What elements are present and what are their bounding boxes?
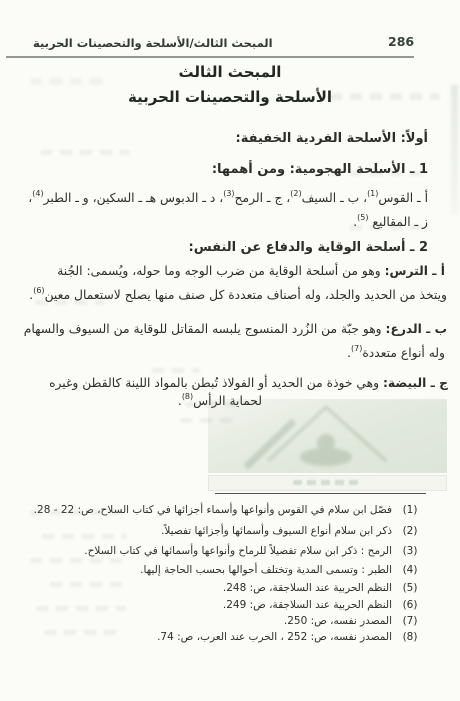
faded-figure-shapes <box>208 399 447 473</box>
bleed-through-artifact <box>40 150 130 155</box>
bleed-through-artifact <box>180 418 235 423</box>
faded-caption-text <box>293 480 363 485</box>
footnote-number: (2) <box>400 525 420 537</box>
faded-figure-image <box>208 399 447 473</box>
footnote-number: (8) <box>400 631 420 643</box>
scan-edge-smudge <box>451 85 458 215</box>
footnote-text: ذكر ابن سلام أنواع السيوف وأسمائها وأجزا… <box>161 525 392 537</box>
footnote-number: (4) <box>400 564 420 576</box>
footnote: (4) الطبر : وتسمى المدية وتختلف أحوالها … <box>140 564 420 576</box>
book-page: المبحث الثالث/الأسلحة والتحصينات الحربية… <box>0 0 460 701</box>
footnote-separator <box>215 493 426 494</box>
bleed-through-artifact <box>50 582 125 587</box>
footnote-text: الطبر : وتسمى المدية وتختلف أحوالها بحسب… <box>140 564 392 576</box>
footnote: (8) المصدر نفسه، ص: 252 ، الحرب عند العر… <box>157 631 420 643</box>
subsection-heading-offensive-weapons: 1 ـ الأسلحة الهجومية: ومن أهمها: <box>212 162 428 177</box>
footnote: (7) المصدر نفسه، ص: 250. <box>284 615 420 627</box>
bleed-through-artifact <box>30 78 110 85</box>
armor-paragraph-line: ب ـ الدرع: وهو جبّة من الزُرد المنسوج يل… <box>24 322 447 336</box>
footnote-number: (6) <box>400 599 420 611</box>
footnote-text: المصدر نفسه، ص: 252 ، الحرب عند العرب، ص… <box>157 631 392 643</box>
footnote: (5) النظم الحربية عند السلاجقة، ص: 248. <box>223 582 420 594</box>
footnote-number: (1) <box>400 504 420 516</box>
armor-paragraph-line: وله أنواع متعددة(7). <box>347 345 445 360</box>
footnote-text: النظم الحربية عند السلاجقة، ص: 248. <box>223 582 392 594</box>
helmet-paragraph-line: ج ـ البيضة: وهي خوذة من الحديد أو الفولا… <box>49 376 448 390</box>
footnote: (6) النظم الحربية عند السلاجقة، ص: 249. <box>223 599 420 611</box>
weapons-list-line: أ ـ القوس(1)، ب ـ السيف(2)، ج ـ الرمح(3)… <box>28 190 428 205</box>
header-rule <box>6 56 414 58</box>
footnote-number: (3) <box>400 545 420 557</box>
footnote-text: المصدر نفسه، ص: 250. <box>284 615 392 627</box>
footnote-number: (7) <box>400 615 420 627</box>
running-header-title: المبحث الثالث/الأسلحة والتحصينات الحربية <box>33 36 273 50</box>
bleed-through-artifact <box>330 93 440 100</box>
footnote: (2) ذكر ابن سلام أنواع السيوف وأسمائها و… <box>161 525 420 537</box>
weapons-list-line: ز ـ المقاليع (5). <box>353 214 428 229</box>
bleed-through-artifact <box>30 510 130 515</box>
bleed-through-artifact <box>36 606 126 611</box>
footnote-text: النظم الحربية عند السلاجقة، ص: 249. <box>223 599 392 611</box>
bleed-through-artifact <box>30 558 125 563</box>
shield-paragraph-line: أ ـ الترس: وهو من أسلحة الوقاية من ضرب ا… <box>57 264 445 278</box>
section-heading-light-weapons: أولاً: الأسلحة الفردية الخفيفة: <box>236 131 429 146</box>
figure-caption-strip <box>208 475 447 491</box>
page-number: 286 <box>388 34 414 49</box>
bleed-through-artifact <box>185 402 245 407</box>
shield-paragraph-line: ويتخذ من الحديد والجلد، وله أصناف متعددة… <box>29 287 447 302</box>
footnote: (3) الرمح : ذكر ابن سلام تفصيلاً للرماح … <box>84 545 420 557</box>
bleed-through-artifact <box>152 368 200 373</box>
bleed-through-artifact <box>42 534 127 539</box>
subsection-heading-defensive-weapons: 2 ـ أسلحة الوقاية والدفاع عن النفس: <box>189 240 428 255</box>
footnote-number: (5) <box>400 582 420 594</box>
bleed-through-artifact <box>44 630 124 635</box>
footnote-text: الرمح : ذكر ابن سلام تفصيلاً للرماح وأنو… <box>84 545 392 557</box>
